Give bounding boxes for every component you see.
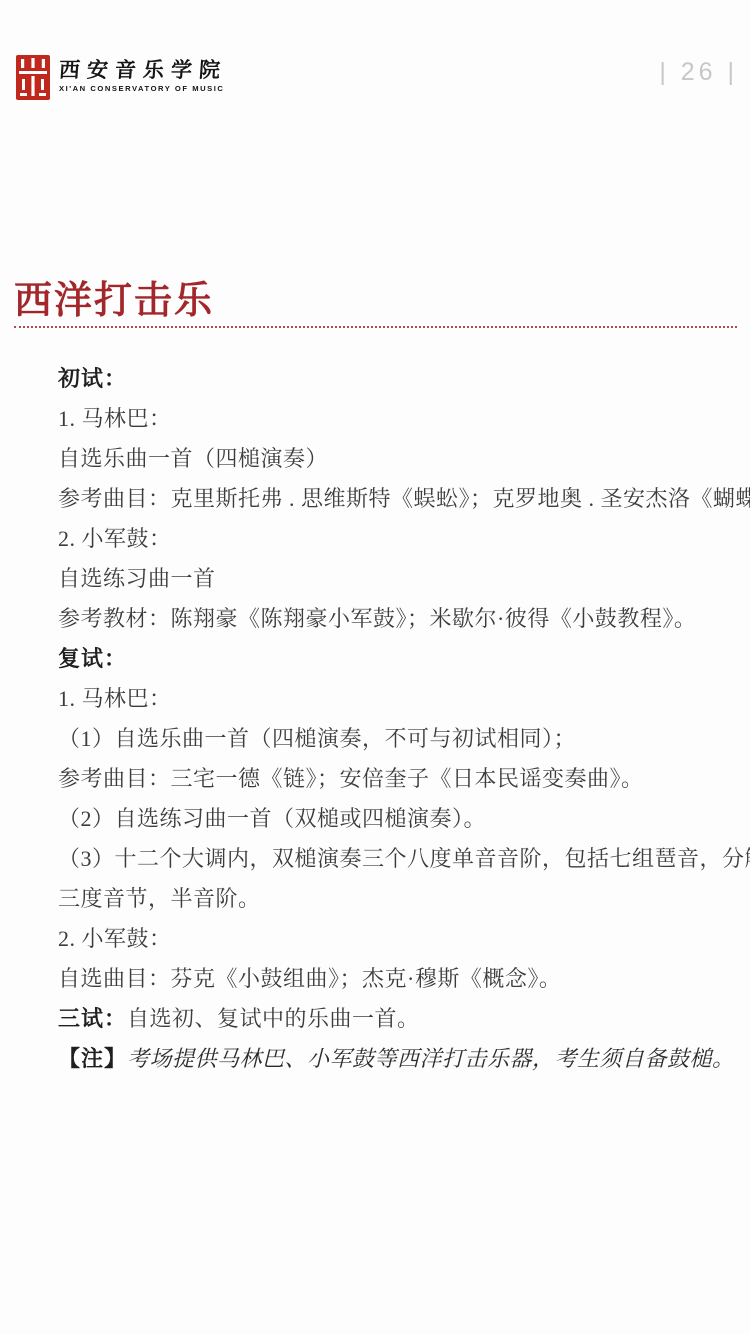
text-line: 初试： <box>58 359 744 399</box>
logo-text: 西安音乐学院 XI'AN CONSERVATORY OF MUSIC <box>59 55 227 93</box>
text-line: 1. 马林巴： <box>58 399 744 439</box>
logo-english-name: XI'AN CONSERVATORY OF MUSIC <box>59 84 227 93</box>
seal-icon <box>16 55 50 100</box>
text-line: 复试： <box>58 639 744 679</box>
text-line: 1. 马林巴： <box>58 679 744 719</box>
document-page: 西安音乐学院 XI'AN CONSERVATORY OF MUSIC | 26 … <box>0 0 750 1334</box>
line-lead: 三试： <box>58 1006 127 1031</box>
dotted-divider <box>14 326 737 328</box>
text-line: 三试：自选初、复试中的乐曲一首。 <box>58 999 744 1039</box>
page-header: 西安音乐学院 XI'AN CONSERVATORY OF MUSIC | 26 … <box>16 55 738 103</box>
conservatory-logo: 西安音乐学院 XI'AN CONSERVATORY OF MUSIC <box>16 55 227 100</box>
note-line: 【注】考场提供马林巴、小军鼓等西洋打击乐器，考生须自备鼓槌。 <box>58 1039 744 1079</box>
exam-requirements: 初试：1. 马林巴：自选乐曲一首（四槌演奏）参考曲目：克里斯托弗 . 思维斯特《… <box>58 359 744 1079</box>
line-text: 考场提供马林巴、小军鼓等西洋打击乐器，考生须自备鼓槌。 <box>127 1046 735 1071</box>
logo-chinese-name: 西安音乐学院 <box>58 58 228 82</box>
section-title: 西洋打击乐 <box>14 281 214 321</box>
text-line: 自选练习曲一首 <box>58 559 744 599</box>
text-line: 参考曲目：三宅一德《链》；安倍奎子《日本民谣变奏曲》。 <box>58 759 744 799</box>
page-number: | 26 | <box>659 58 738 87</box>
text-line: 自选曲目：芬克《小鼓组曲》；杰克·穆斯《概念》。 <box>58 959 744 999</box>
text-line: （2）自选练习曲一首（双槌或四槌演奏）。 <box>58 799 744 839</box>
line-text: 自选初、复试中的乐曲一首。 <box>127 1006 420 1031</box>
text-line: （1）自选乐曲一首（四槌演奏，不可与初试相同）； <box>58 719 744 759</box>
text-line: 参考曲目：克里斯托弗 . 思维斯特《蜈蚣》；克罗地奥 . 圣安杰洛《蝴蝶之舞》。 <box>58 479 744 519</box>
text-line: 三度音节，半音阶。 <box>58 879 744 919</box>
text-line: （3）十二个大调内，双槌演奏三个八度单音音阶，包括七组琶音，分解 <box>58 839 744 879</box>
text-line: 2. 小军鼓： <box>58 919 744 959</box>
text-line: 参考教材：陈翔豪《陈翔豪小军鼓》；米歇尔·彼得《小鼓教程》。 <box>58 599 744 639</box>
line-lead: 【注】 <box>58 1046 127 1071</box>
text-line: 2. 小军鼓： <box>58 519 744 559</box>
text-line: 自选乐曲一首（四槌演奏） <box>58 439 744 479</box>
